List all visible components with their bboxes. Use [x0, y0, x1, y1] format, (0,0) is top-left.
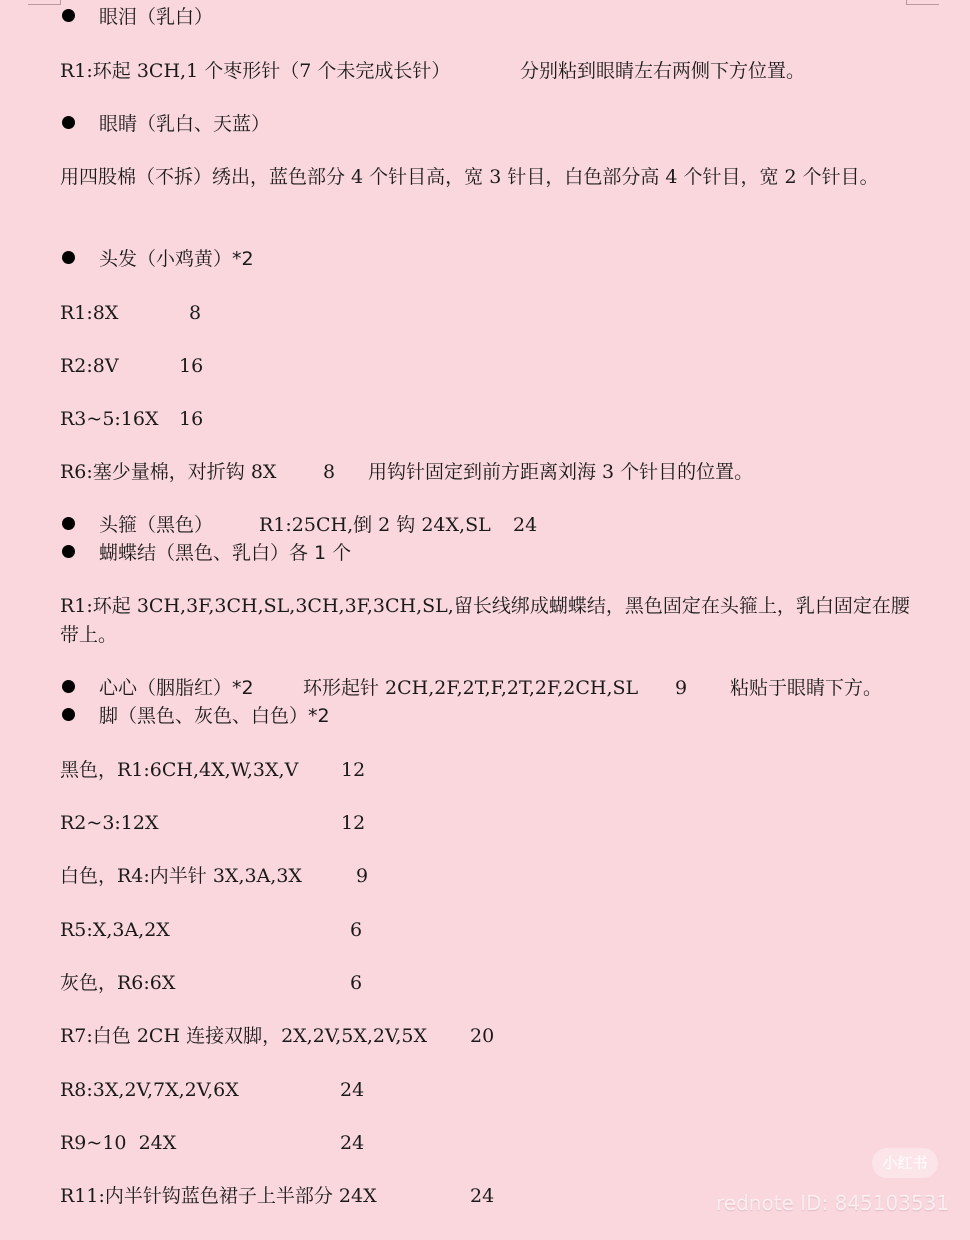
crop-mark-top-right [906, 0, 939, 5]
hair-row-2-count: 16 [179, 352, 203, 381]
heart-note: 粘贴于眼睛下方。 [730, 674, 882, 703]
feet-row-1: 黑色，R1:6CH,4X,W,3X,V [60, 756, 298, 785]
headband-detail: R1:25CH,倒 2 钩 24X,SL [259, 511, 491, 540]
bullet-icon [62, 251, 75, 264]
section-heading-eyes: 眼睛（乳白、天蓝） [60, 110, 270, 138]
feet-row-2-count: 12 [341, 809, 365, 838]
crop-mark-top-left [28, 0, 61, 5]
feet-row-6-count: 20 [470, 1022, 494, 1051]
feet-row-4-count: 6 [350, 916, 362, 945]
section-heading-heart: 心心（胭脂红）*2 [60, 674, 254, 702]
section-heading-tears: 眼泪（乳白） [60, 3, 213, 31]
bullet-icon [62, 116, 75, 129]
note-text: 分别粘到眼睛左右两侧下方位置。 [520, 60, 805, 82]
section-heading-headband: 头箍（黑色） [60, 511, 213, 539]
eyes-description: 用四股棉（不拆）绣出，蓝色部分 4 个针目高，宽 3 针目，白色部分高 4 个针… [60, 163, 910, 192]
hair-row-4-count: 8 [323, 458, 335, 487]
feet-row-7: R8:3X,2V,7X,2V,6X [60, 1076, 239, 1105]
hair-row-3-count: 16 [179, 405, 203, 434]
bow-description: R1:环起 3CH,3F,3CH,SL,3CH,3F,3CH,SL,留长线绑成蝴… [60, 592, 910, 650]
hair-row-3: R3~5:16X [60, 405, 159, 434]
heading-text: 蝴蝶结（黑色、乳白）各 1 个 [99, 542, 351, 564]
tears-note: 分别粘到眼睛左右两侧下方位置。 [520, 57, 805, 86]
feet-row-3: 白色，R4:内半针 3X,3A,3X [60, 862, 302, 891]
heading-text: 眼睛（乳白、天蓝） [99, 113, 270, 135]
tears-row-1: R1:环起 3CH,1 个枣形针（7 个未完成长针） [60, 57, 450, 86]
bullet-icon [62, 708, 75, 721]
section-heading-hair: 头发（小鸡黄）*2 [60, 245, 254, 273]
feet-row-7-count: 24 [340, 1076, 364, 1105]
section-heading-feet: 脚（黑色、灰色、白色）*2 [60, 702, 330, 730]
feet-row-6: R7:白色 2CH 连接双脚，2X,2V,5X,2V,5X [60, 1022, 427, 1051]
hair-row-4: R6:塞少量棉，对折钩 8X [60, 458, 276, 487]
heart-count: 9 [675, 674, 687, 703]
feet-row-1-count: 12 [341, 756, 365, 785]
feet-row-2: R2~3:12X [60, 809, 159, 838]
hair-row-1-count: 8 [189, 299, 201, 328]
bullet-icon [62, 545, 75, 558]
heading-text: 头发（小鸡黄）*2 [99, 248, 254, 270]
row-text: R1:环起 3CH,1 个枣形针（7 个未完成长针） [60, 60, 450, 82]
feet-row-8: R9~10 24X [60, 1129, 176, 1158]
feet-row-3-count: 9 [356, 862, 368, 891]
heart-detail: 环形起针 2CH,2F,2T,F,2T,2F,2CH,SL [303, 674, 638, 703]
heading-text: 眼泪（乳白） [99, 6, 213, 28]
feet-row-8-count: 24 [340, 1129, 364, 1158]
feet-row-5: 灰色，R6:6X [60, 969, 175, 998]
bullet-icon [62, 680, 75, 693]
heading-text: 心心（胭脂红）*2 [99, 677, 254, 699]
feet-row-5-count: 6 [350, 969, 362, 998]
bullet-icon [62, 9, 75, 22]
section-heading-bow: 蝴蝶结（黑色、乳白）各 1 个 [60, 539, 351, 567]
hair-row-4-note: 用钩针固定到前方距离刘海 3 个针目的位置。 [368, 458, 753, 487]
watermark-logo: 小红书 [872, 1148, 938, 1178]
feet-row-9: R11:内半针钩蓝色裙子上半部分 24X [60, 1182, 377, 1211]
heading-text: 头箍（黑色） [99, 514, 213, 536]
headband-count: 24 [513, 511, 537, 540]
hair-row-2: R2:8V [60, 352, 119, 381]
watermark-id: rednote ID: 845103531 [716, 1191, 949, 1215]
hair-row-1: R1:8X [60, 299, 118, 328]
feet-row-4: R5:X,3A,2X [60, 916, 170, 945]
feet-row-9-count: 24 [470, 1182, 494, 1211]
heading-text: 脚（黑色、灰色、白色）*2 [99, 705, 330, 727]
bullet-icon [62, 517, 75, 530]
